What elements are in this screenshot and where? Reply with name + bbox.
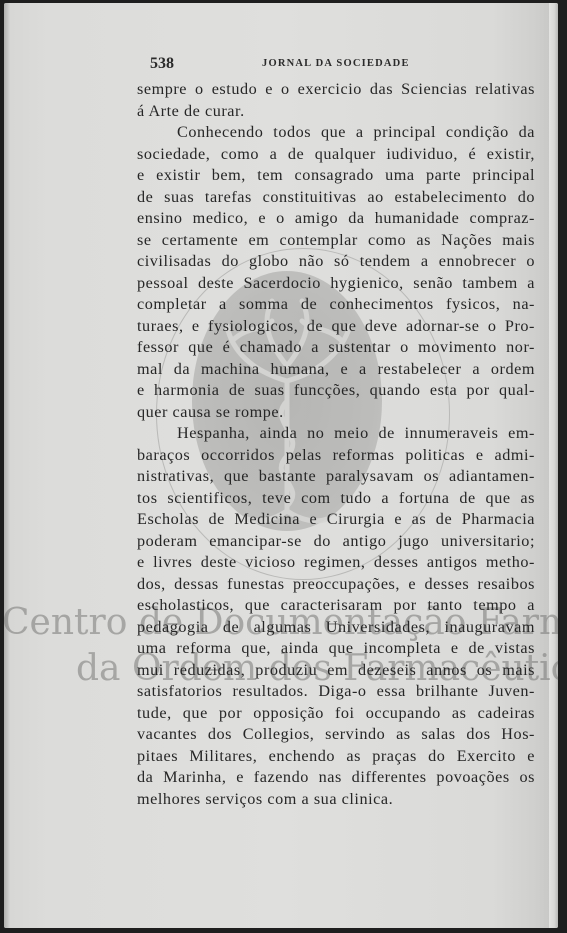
scanned-page-frame: Centro de Documentação Farmacêutica da O… — [0, 0, 567, 933]
text-line: sociedade, como a de qualquer iudividuo,… — [137, 144, 535, 166]
text-line: melhores serviços com a sua clinica. — [137, 789, 535, 811]
text-line: da Marinha, e fazendo nas differentes po… — [137, 767, 535, 789]
text-line: ensino medico, e o amigo da humanidade c… — [137, 208, 535, 230]
page-header: 538 JORNAL DA SOCIEDADE — [150, 55, 530, 75]
text-line: de suas tarefas constituitivas ao estabe… — [137, 187, 535, 209]
text-line: uma reforma que, ainda que incompleta e … — [137, 638, 535, 660]
text-line: quer causa se rompe. — [137, 402, 535, 424]
text-line: se certamente em contemplar como as Naçõ… — [137, 230, 535, 252]
text-line: pedagogia de algumas Universidades, inau… — [137, 617, 535, 639]
text-line: poderam emancipar-se do antigo jugo univ… — [137, 531, 535, 553]
spine-shadow — [4, 3, 10, 928]
text-line: pessoal deste Sacerdocio hygienico, senã… — [137, 273, 535, 295]
text-line: Hespanha, ainda no meio de innumeraveis … — [137, 423, 535, 445]
text-line: completar a somma de conhecimentos fysic… — [137, 294, 535, 316]
text-line: nistrativas, que bastante paralysavam os… — [137, 466, 535, 488]
text-line: tos scientificos, teve com tudo a fortun… — [137, 488, 535, 510]
paragraph: Conhecendo todos que a principal condiçã… — [137, 122, 535, 423]
text-line: e harmonia de suas funcções, quando esta… — [137, 380, 535, 402]
text-line: escholasticos, que caracterisaram por ta… — [137, 595, 535, 617]
text-line: dos, dessas funestas preoccupações, e de… — [137, 574, 535, 596]
text-line: á Arte de curar. — [137, 101, 535, 123]
text-line: tude, que por opposição foi occupando as… — [137, 703, 535, 725]
text-line: turaes, e fysiologicos, de que deve ador… — [137, 316, 535, 338]
text-line: sempre o estudo e o exercicio das Scienc… — [137, 79, 535, 101]
body-text: sempre o estudo e o exercicio das Scienc… — [137, 79, 535, 810]
text-line: vacantes dos Collegios, servindo as sala… — [137, 724, 535, 746]
text-line: Escholas de Medicina e Cirurgia e as de … — [137, 509, 535, 531]
text-line: e livres deste vicioso regimen, desses a… — [137, 552, 535, 574]
text-line: e existir bem, tem consagrado uma parte … — [137, 165, 535, 187]
text-line: fessor que é chamado a sustentar o movim… — [137, 337, 535, 359]
text-line: pitaes Militares, enchendo as praças do … — [137, 746, 535, 768]
paragraph: sempre o estudo e o exercicio das Scienc… — [137, 79, 535, 122]
text-line: baraços occorridos pelas reformas politi… — [137, 445, 535, 467]
running-head: JORNAL DA SOCIEDADE — [262, 58, 410, 69]
text-line: satisfatorios resultados. Diga-o essa br… — [137, 681, 535, 703]
text-line: mal da machina humana, e a restabelecer … — [137, 359, 535, 381]
page-edge — [549, 3, 558, 928]
paragraph: Hespanha, ainda no meio de innumeraveis … — [137, 423, 535, 810]
book-page: Centro de Documentação Farmacêutica da O… — [4, 3, 558, 928]
text-line: civilisadas do globo não só tendem a enn… — [137, 251, 535, 273]
text-line: mui reduzidas, produziu em dezeseis anno… — [137, 660, 535, 682]
page-number: 538 — [150, 55, 174, 73]
text-line: Conhecendo todos que a principal condiçã… — [137, 122, 535, 144]
